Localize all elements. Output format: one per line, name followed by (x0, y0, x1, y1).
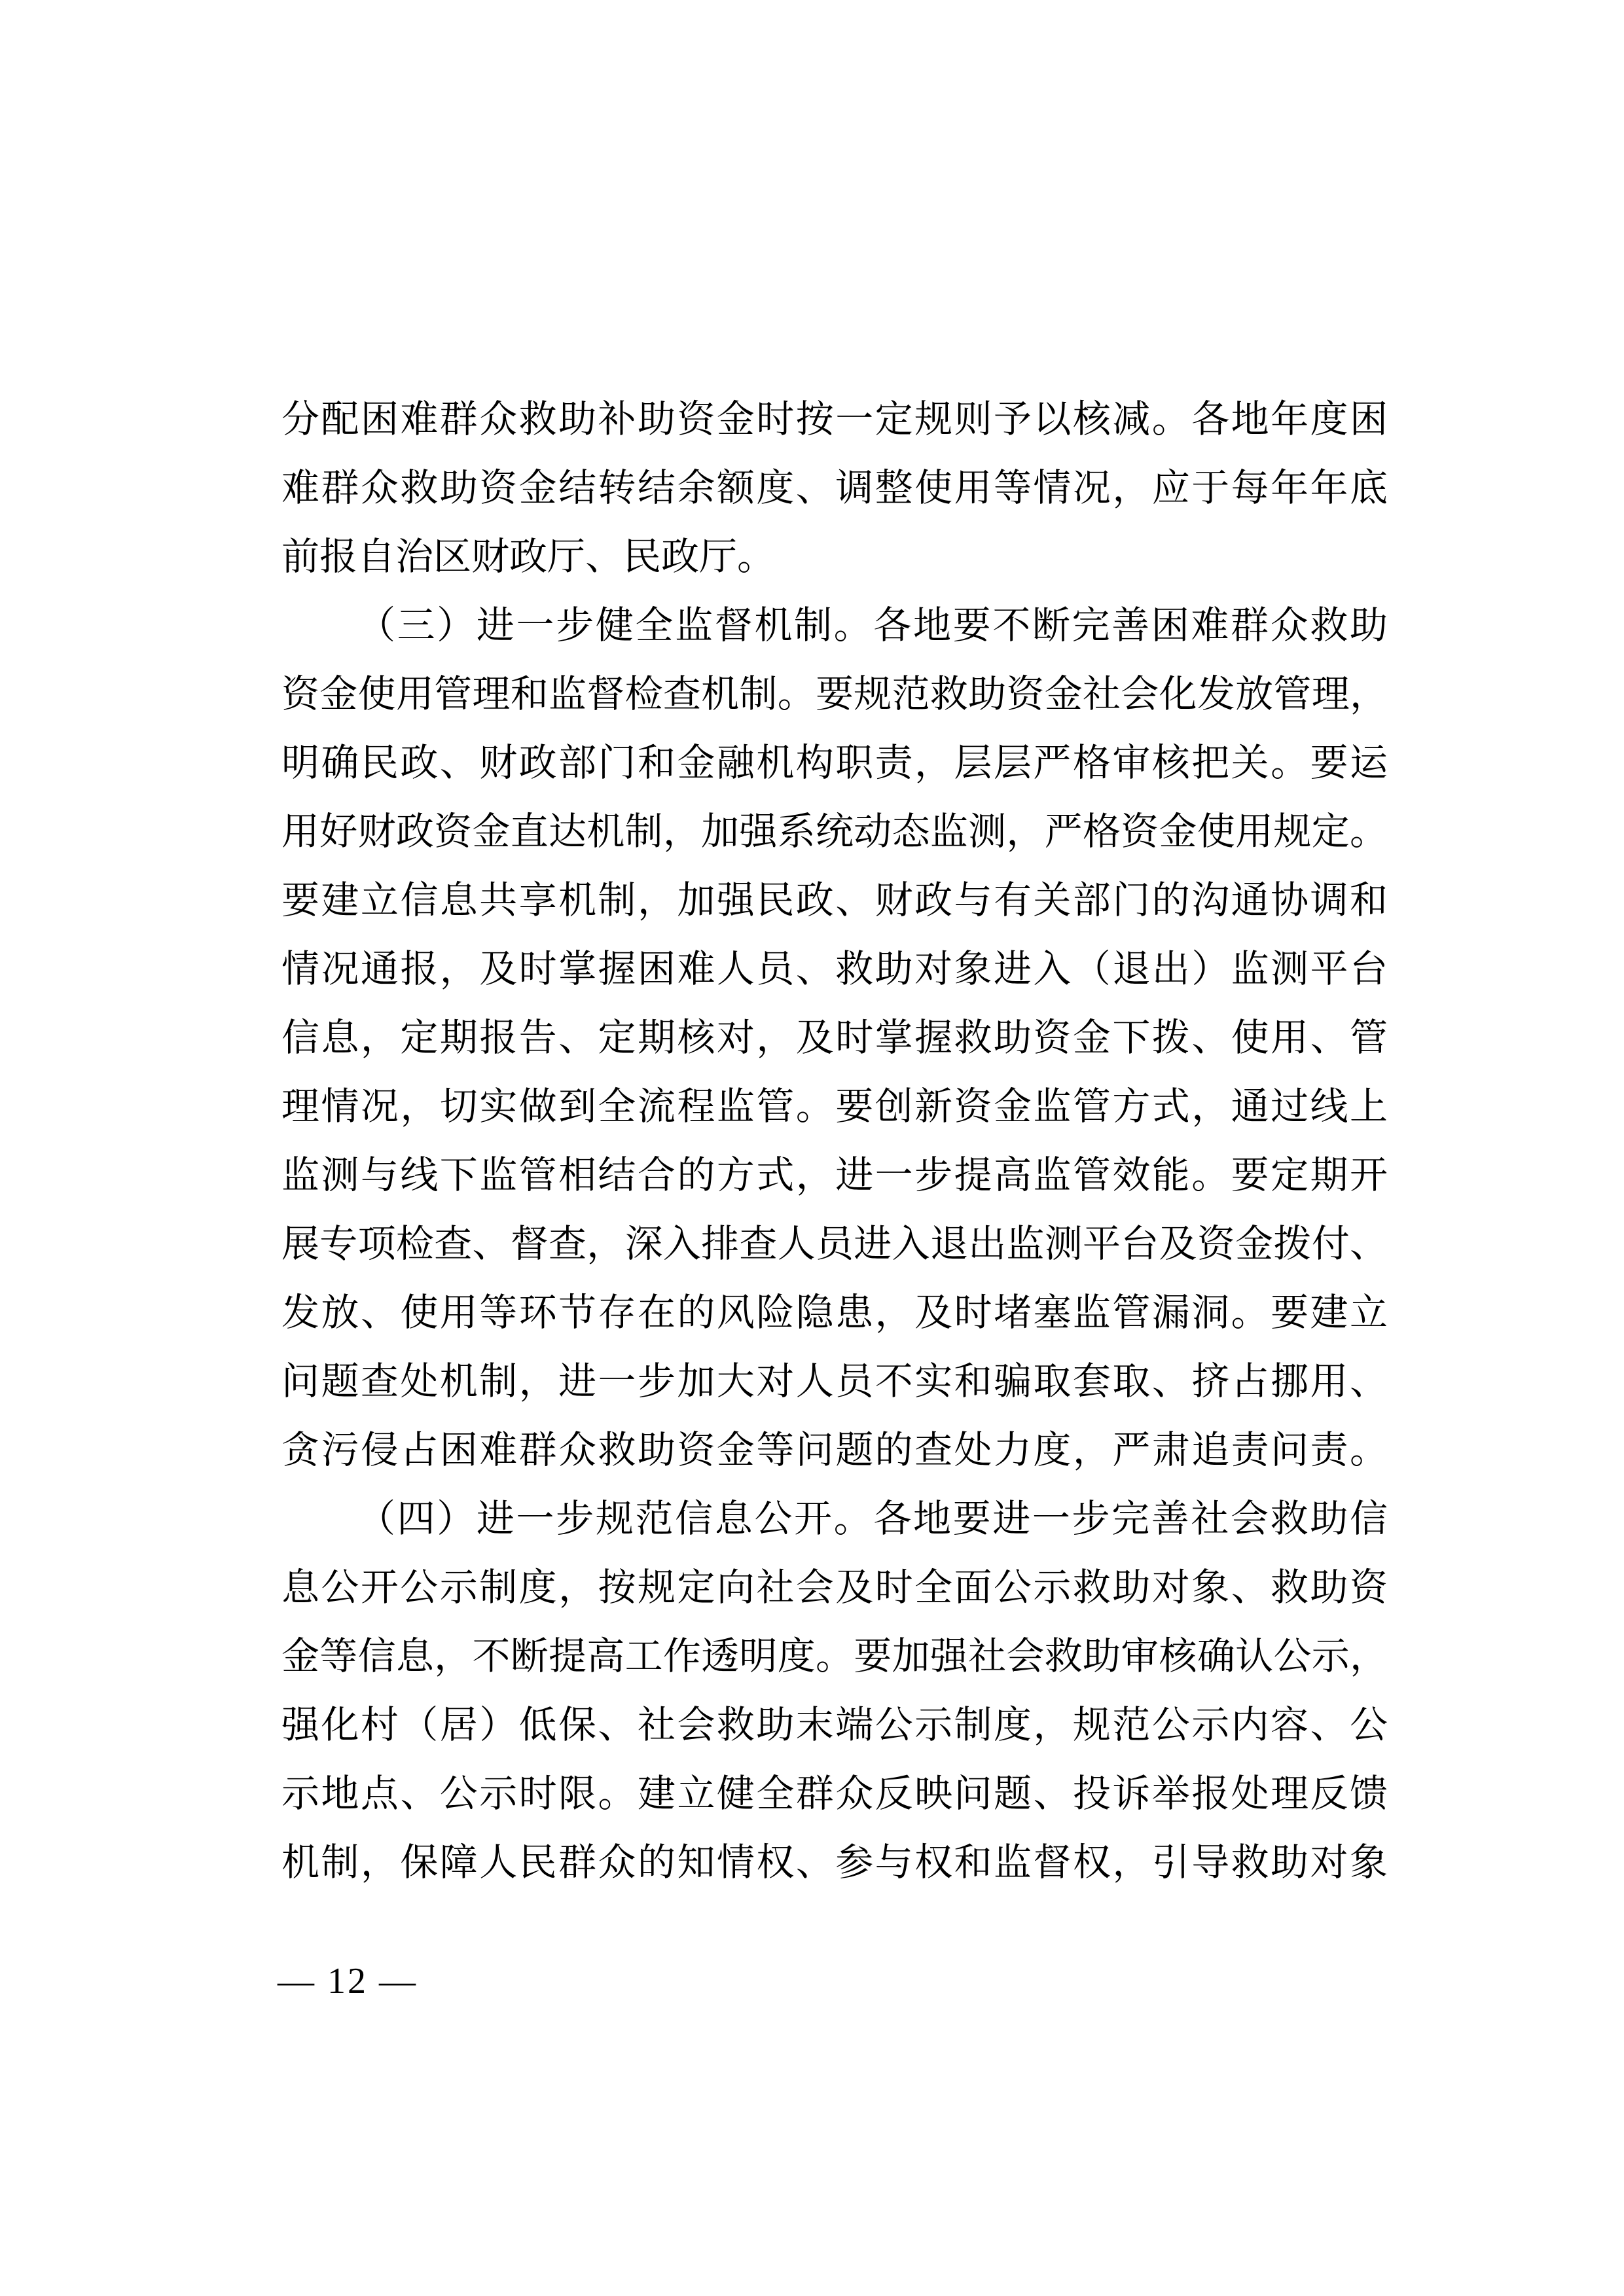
text-line: （三）进一步健全监督机制。各地要不断完善困难群众救助 (281, 591, 1388, 660)
text-line: 信息，定期报告、定期核对，及时掌握救助资金下拨、使用、管 (281, 1003, 1388, 1072)
text-line: 难群众救助资金结转结余额度、调整使用等情况，应于每年年底 (281, 454, 1388, 522)
text-line: 分配困难群众救助补助资金时按一定规则予以核减。各地年度困 (281, 385, 1388, 454)
text-line: （四）进一步规范信息公开。各地要进一步完善社会救助信 (281, 1484, 1388, 1553)
paragraph-2: （三）进一步健全监督机制。各地要不断完善困难群众救助资金使用管理和监督检查机制。… (281, 591, 1388, 1484)
text-line: 理情况，切实做到全流程监管。要创新资金监管方式，通过线上 (281, 1072, 1388, 1141)
page-number: — 12 — (278, 1961, 418, 2001)
text-line: 发放、使用等环节存在的风险隐患，及时堵塞监管漏洞。要建立 (281, 1278, 1388, 1347)
text-line: 展专项检查、督查，深入排查人员进入退出监测平台及资金拨付、 (281, 1210, 1388, 1278)
text-line: 资金使用管理和监督检查机制。要规范救助资金社会化发放管理， (281, 660, 1388, 728)
text-line: 示地点、公示时限。建立健全群众反映问题、投诉举报处理反馈 (281, 1759, 1388, 1828)
text-line: 息公开公示制度，按规定向社会及时全面公示救助对象、救助资 (281, 1553, 1388, 1622)
document-body: 分配困难群众救助补助资金时按一定规则予以核减。各地年度困难群众救助资金结转结余额… (281, 385, 1388, 1897)
text-line: 贪污侵占困难群众救助资金等问题的查处力度，严肃追责问责。 (281, 1416, 1388, 1484)
text-line: 强化村（居）低保、社会救助末端公示制度，规范公示内容、公 (281, 1691, 1388, 1759)
text-line: 问题查处机制，进一步加大对人员不实和骗取套取、挤占挪用、 (281, 1347, 1388, 1416)
text-line: 情况通报，及时掌握困难人员、救助对象进入（退出）监测平台 (281, 935, 1388, 1003)
text-line: 监测与线下监管相结合的方式，进一步提高监管效能。要定期开 (281, 1141, 1388, 1210)
text-line: 明确民政、财政部门和金融机构职责，层层严格审核把关。要运 (281, 728, 1388, 797)
paragraph-3: （四）进一步规范信息公开。各地要进一步完善社会救助信息公开公示制度，按规定向社会… (281, 1484, 1388, 1897)
text-line: 金等信息，不断提高工作透明度。要加强社会救助审核确认公示， (281, 1622, 1388, 1691)
text-line: 要建立信息共享机制，加强民政、财政与有关部门的沟通协调和 (281, 866, 1388, 935)
text-line: 前报自治区财政厅、民政厅。 (281, 522, 1388, 591)
paragraph-1: 分配困难群众救助补助资金时按一定规则予以核减。各地年度困难群众救助资金结转结余额… (281, 385, 1388, 591)
document-page: 分配困难群众救助补助资金时按一定规则予以核减。各地年度困难群众救助资金结转结余额… (0, 0, 1624, 2296)
text-line: 机制，保障人民群众的知情权、参与权和监督权，引导救助对象 (281, 1828, 1388, 1897)
text-line: 用好财政资金直达机制，加强系统动态监测，严格资金使用规定。 (281, 797, 1388, 866)
